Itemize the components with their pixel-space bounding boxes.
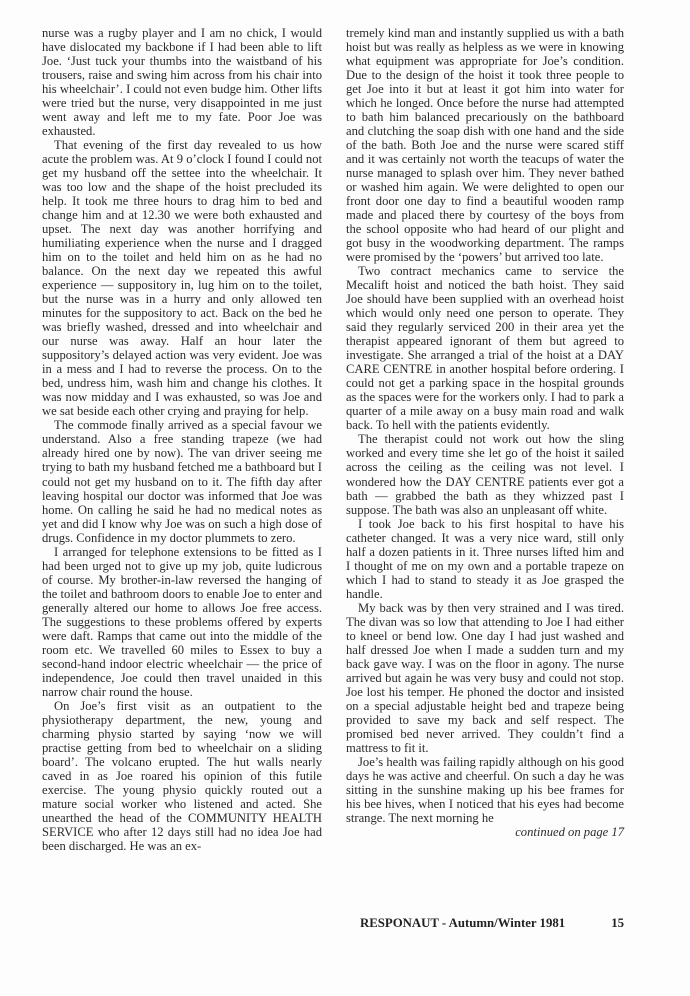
paragraph: nurse was a rugby player and I am no chi…: [42, 26, 322, 138]
paragraph: I took Joe back to his first hospital to…: [346, 517, 624, 601]
paragraph: The commode finally arrived as a special…: [42, 418, 322, 544]
page-number: 15: [611, 916, 624, 931]
paragraph: tremely kind man and instantly supplied …: [346, 26, 624, 264]
continuation-note: continued on page 17: [346, 825, 624, 839]
paragraph: The therapist could not work out how the…: [346, 432, 624, 516]
paragraph: I arranged for telephone extensions to b…: [42, 545, 322, 699]
paragraph: Joe’s health was failing rapidly althoug…: [346, 755, 624, 825]
paragraph: My back was by then very strained and I …: [346, 601, 624, 755]
paragraph: Two contract mechanics came to service t…: [346, 264, 624, 432]
left-column: nurse was a rugby player and I am no chi…: [42, 26, 322, 853]
magazine-page: nurse was a rugby player and I am no chi…: [0, 0, 690, 996]
publication-title: RESPONAUT - Autumn/Winter 1981: [360, 916, 565, 931]
page-footer: RESPONAUT - Autumn/Winter 1981 15: [360, 916, 624, 931]
paragraph: That evening of the first day revealed t…: [42, 138, 322, 418]
paragraph: On Joe’s first visit as an outpatient to…: [42, 699, 322, 853]
right-column: tremely kind man and instantly supplied …: [346, 26, 624, 839]
